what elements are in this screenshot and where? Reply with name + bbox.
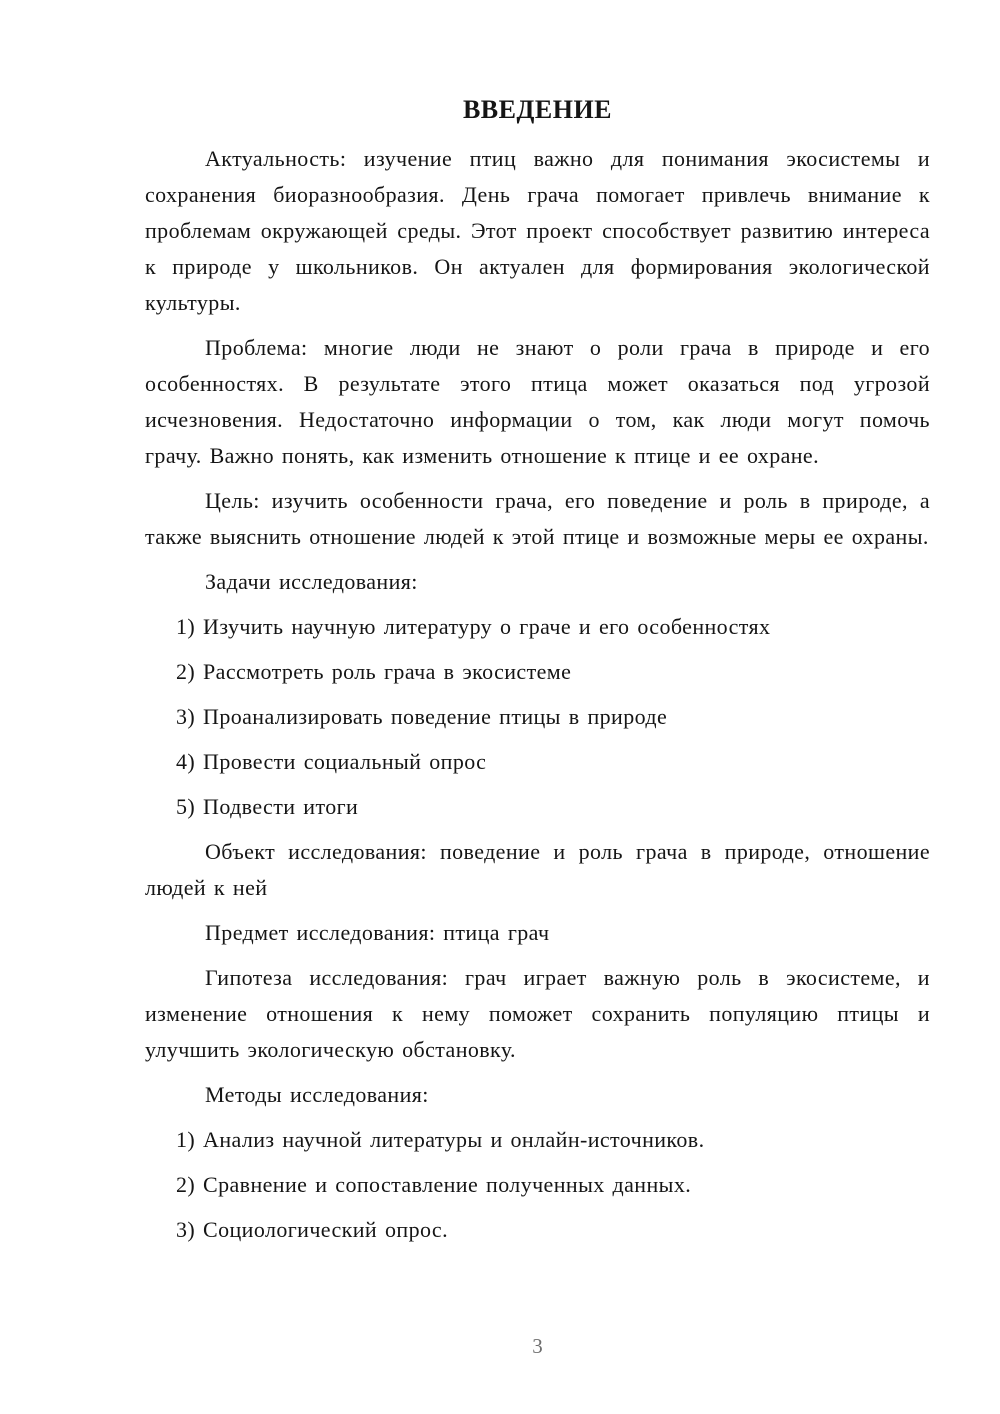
zadachi-list-item-5: 5) Подвести итоги <box>145 789 930 825</box>
document-page: ВВЕДЕНИЕ Актуальность: изучение птиц важ… <box>0 0 1000 1414</box>
zadachi-list-item-2: 2) Рассмотреть роль грача в экосистеме <box>145 654 930 690</box>
zadachi-list-item-4: 4) Провести социальный опрос <box>145 744 930 780</box>
metody-list-item-2: 2) Сравнение и сопоставление полученных … <box>145 1167 930 1203</box>
paragraph-zadachi-heading: Задачи исследования: <box>145 564 930 600</box>
paragraph-obekt: Объект исследования: поведение и роль гр… <box>145 834 930 906</box>
page-number: 3 <box>145 1328 930 1364</box>
paragraph-tsel: Цель: изучить особенности грача, его пов… <box>145 483 930 555</box>
metody-list-item-1: 1) Анализ научной литературы и онлайн-ис… <box>145 1122 930 1158</box>
metody-list-item-3: 3) Социологический опрос. <box>145 1212 930 1248</box>
paragraph-gipoteza: Гипотеза исследования: грач играет важну… <box>145 960 930 1068</box>
zadachi-list-item-3: 3) Проанализировать поведение птицы в пр… <box>145 699 930 735</box>
paragraph-predmet: Предмет исследования: птица грач <box>145 915 930 951</box>
paragraph-metody-heading: Методы исследования: <box>145 1077 930 1113</box>
zadachi-list-item-1: 1) Изучить научную литературу о граче и … <box>145 609 930 645</box>
paragraph-problema: Проблема: многие люди не знают о роли гр… <box>145 330 930 474</box>
page-title: ВВЕДЕНИЕ <box>145 92 930 128</box>
paragraph-aktualnost: Актуальность: изучение птиц важно для по… <box>145 141 930 321</box>
